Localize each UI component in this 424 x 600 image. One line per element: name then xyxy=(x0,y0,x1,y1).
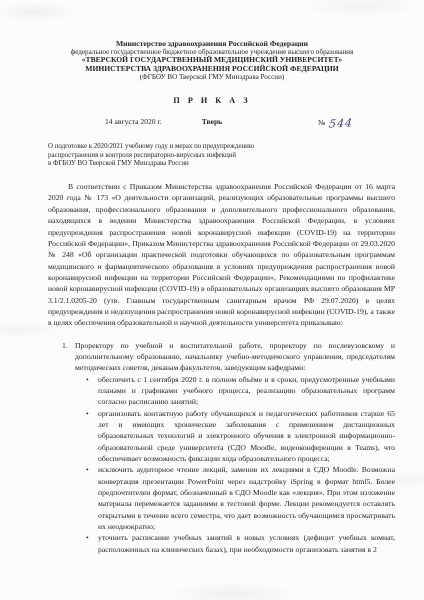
bullet-text: исключить аудиторное чтение лекций, заме… xyxy=(98,465,395,531)
bullet-item: • обеспечить с 1 сентября 2020 г. в полн… xyxy=(88,374,395,408)
document-page: Министерство здравоохранения Российской … xyxy=(0,0,424,600)
order-city: Тверь xyxy=(0,117,424,126)
order-number: №544 xyxy=(318,117,353,130)
order-title: П Р И К А З xyxy=(0,96,424,105)
order-number-handwritten: 544 xyxy=(329,116,354,130)
header-line-short-name: (ФГБОУ ВО Тверской ГМУ Минздрава России) xyxy=(0,73,424,81)
item-1-number: 1. xyxy=(48,340,75,374)
order-meta-row: 14 августа 2020 г. Тверь №544 xyxy=(0,115,424,129)
ministry-header: Министерство здравоохранения Российской … xyxy=(0,0,424,81)
bullet-text: обеспечить с 1 сентября 2020 г. в полном… xyxy=(98,375,395,407)
bullet-marker: • xyxy=(86,532,89,543)
bullet-text: организовать контактную работу обучающих… xyxy=(98,409,395,463)
subject-line-3: в ФГБОУ ВО Тверской ГМУ Минздрава России xyxy=(48,160,293,169)
item-1-bullet-list: • обеспечить с 1 сентября 2020 г. в полн… xyxy=(48,374,395,556)
bullet-marker: • xyxy=(86,374,89,385)
order-item-1: 1. Проректору по учебной и воспитательно… xyxy=(48,340,395,374)
bullet-marker: • xyxy=(86,464,89,475)
preamble-paragraph: В соответствии с Приказом Министерства з… xyxy=(48,181,395,328)
bullet-item: • организовать контактную работу обучающ… xyxy=(88,408,395,465)
bullet-text: уточнить расписание учебных занятий в но… xyxy=(98,533,395,553)
bullet-item: • уточнить расписание учебных занятий в … xyxy=(88,532,395,555)
order-number-label: № xyxy=(318,118,325,127)
order-subject: О подготовке к 2020/2021 учебному году и… xyxy=(48,143,293,169)
subject-line-2: распространения и контроля респираторно-… xyxy=(48,152,293,161)
subject-line-1: О подготовке к 2020/2021 учебному году и… xyxy=(48,143,293,152)
bullet-item: • исключить аудиторное чтение лекций, за… xyxy=(88,464,395,532)
header-line-ministry: Министерство здравоохранения Российской … xyxy=(0,40,424,48)
bullet-marker: • xyxy=(86,408,89,419)
header-line-ministry-of: МИНИСТЕРСТВА ЗДРАВООХРАНЕНИЯ РОССИЙСКОЙ … xyxy=(0,65,424,73)
item-1-intro: Проректору по учебной и воспитательной р… xyxy=(75,340,395,374)
order-body: В соответствии с Приказом Министерства з… xyxy=(48,181,395,555)
